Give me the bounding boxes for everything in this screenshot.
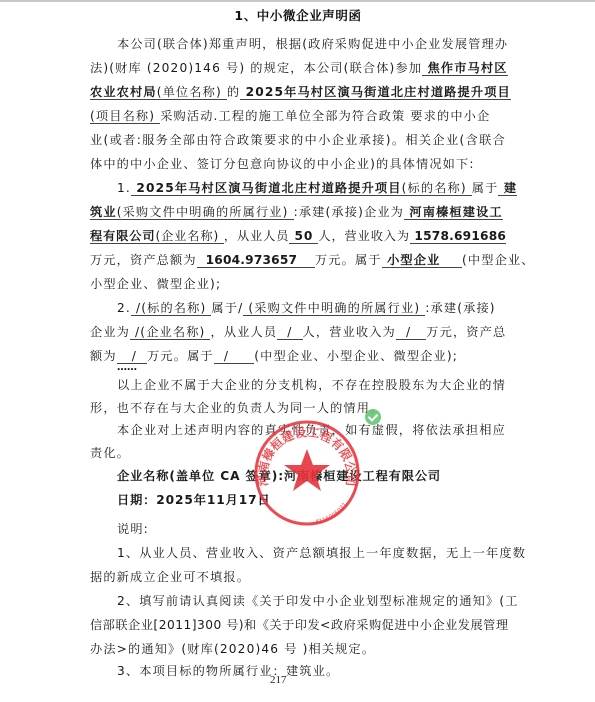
item2-company: /(企业名称) xyxy=(130,325,210,340)
item1-assets: 1604.973657 xyxy=(197,253,315,268)
company-label: 企业名称(盖单位 CA 签章): xyxy=(117,469,284,483)
page-top-border xyxy=(0,0,595,2)
purchaser-name-cont: 农业农村局 xyxy=(90,85,157,100)
item2-industry: (采购文件中明确的所属行业) xyxy=(243,301,425,316)
item1-line-5: 小型企业、微型企业); xyxy=(90,274,506,294)
item1-company-cont: 程有限公司 xyxy=(90,229,155,244)
item1-line-2: 筑业(采购文件中明确的所属行业) :承建(承接)企业为 河南榛桓建设工 xyxy=(90,202,506,222)
item-text: 额为 xyxy=(90,349,117,363)
signature-date: 日期：2025年11月17日 xyxy=(117,490,506,510)
statement-line-4: 责化。 xyxy=(90,443,506,463)
note-2-line-2: 信部联企业[2011]300 号)和《关于印发<政府采购促进中小企业发展管理 xyxy=(90,615,506,635)
item1-line-3: 程有限公司(企业名称) ，从业人员 50 人，营业收入为 1578.691686 xyxy=(90,226,506,246)
item-text: 人，营业收入为 xyxy=(318,229,410,243)
item-text: ，从业人员 xyxy=(224,229,289,243)
item-text: 万元，资产总 xyxy=(426,325,506,339)
statement-line-3: 本企业对上述声明内容的真实性负责，如有虚假，将依法承担相应 xyxy=(117,420,506,440)
item-number: 2. xyxy=(117,301,131,315)
item-text: :承建(承接)企业为 xyxy=(294,205,404,219)
item1-company-label: (企业名称) xyxy=(155,229,223,244)
purchaser-name: 焦作市马村区 xyxy=(422,61,507,76)
item1-industry-label: (采购文件中明确的所属行业) xyxy=(117,205,294,220)
item-number: 1. xyxy=(117,181,131,195)
item-text: 属于 xyxy=(472,181,499,195)
item2-staff: / xyxy=(277,325,302,340)
project-label: (项目名称) xyxy=(90,109,160,124)
statement-line-2: 形，也不存在与大企业的负责人为同一人的情用。 xyxy=(90,398,506,418)
item-text: 万元，资产总额为 xyxy=(90,253,197,267)
page-number: 217 xyxy=(270,674,287,686)
page-title: 1、中小微企业声明函 xyxy=(90,6,506,26)
item1-industry: 建 xyxy=(498,181,517,196)
item-text: 人，营业收入为 xyxy=(303,325,396,339)
item1-revenue: 1578.691686 xyxy=(410,229,506,244)
unit-label: (单位名称) xyxy=(157,85,227,100)
signature-company: 企业名称(盖单位 CA 签章):河南榛桓建设工程有限公司 xyxy=(117,466,506,486)
intro-text: 的 xyxy=(227,85,240,99)
check-badge-icon xyxy=(365,409,381,425)
item-text: ，从业人员 xyxy=(210,325,277,339)
intro-line-5: 业(或者:服务全部由符合政策要求的中小企业承接)。相关企业(含联合 xyxy=(90,130,506,150)
note-2-line-3: 办法>的通知》(财库(2020)46 号 )相关规定。 xyxy=(90,639,506,659)
intro-text: 法)(财库 (2020)146 号) 的规定，本公司(联合体)参加 xyxy=(90,61,422,75)
notes-heading: 说明: xyxy=(117,519,506,539)
intro-line-2: 法)(财库 (2020)146 号) 的规定，本公司(联合体)参加 焦作市马村区 xyxy=(90,58,506,78)
intro-line-6: 体中的中小企业、签订分包意向协议的中小企业)的具体情况如下: xyxy=(90,154,506,174)
note-2-line-1: 2、填写前请认真阅读《关于印发中小企业划型标准规定的通知》(工 xyxy=(117,591,506,611)
item2-project: /(标的名称) xyxy=(131,301,211,316)
item1-project-label: (标的名称) xyxy=(402,181,472,196)
item-text: :承建(承接) xyxy=(425,301,495,315)
intro-text: 采购活动.工程的施工单位全部为符合政策 要求的中小企 xyxy=(160,109,490,123)
date-label: 日期： xyxy=(117,493,156,507)
note-1-line-2: 据的新成立企业可不填报。 xyxy=(90,567,506,587)
item2-line-2: 企业为 /(企业名称) ，从业人员 / 人，营业收入为 / 万元，资产总 xyxy=(90,322,506,342)
company-name: 河南榛桓建设工程有限公司 xyxy=(284,469,441,483)
date-value: 2025年11月17日 xyxy=(156,493,270,507)
intro-line-3: 农业农村局(单位名称) 的 2025年马村区演马街道北庄村道路提升项目 xyxy=(90,82,506,102)
project-name: 2025年马村区演马街道北庄村道路提升项目 xyxy=(240,85,511,100)
note-3: 3、本项目标的物所属行业：建筑业。 xyxy=(117,661,506,681)
statement-line-1: 以上企业不属于大企业的分支机构，不存在控股股东为大企业的情 xyxy=(117,375,506,395)
item1-line-4: 万元，资产总额为 1604.973657 万元。属于 小型企业 (中型企业、 xyxy=(90,250,506,270)
item-text: 企业为 xyxy=(90,325,130,339)
item1-company: 河南榛桓建设工 xyxy=(404,205,503,220)
item-text: (中型企业、 xyxy=(462,253,535,267)
item2-revenue: / xyxy=(396,325,426,340)
item1-project: 2025年马村区演马街道北庄村道路提升项目 xyxy=(131,181,402,196)
item1-size: 小型企业 xyxy=(382,253,462,268)
intro-line-1: 本公司(联合体)郑重声明，根据(政府采购促进中小企业发展管理办 xyxy=(117,34,506,54)
note-1-line-1: 1、从业人员、营业收入、资产总额填报上一年度数据，无上一年度数 xyxy=(117,543,506,563)
item1-staff: 50 xyxy=(289,229,318,244)
item1-industry-cont: 筑业 xyxy=(90,205,117,220)
intro-line-4: (项目名称) 采购活动.工程的施工单位全部为符合政策 要求的中小企 xyxy=(90,106,506,126)
item-text: 属于/ xyxy=(211,301,243,315)
item-text: 万元。属于 xyxy=(315,253,382,267)
item1-line-1: 1. 2025年马村区演马街道北庄村道路提升项目(标的名称) 属于 建 xyxy=(117,178,506,198)
item2-line-1: 2. /(标的名称) 属于/ (采购文件中明确的所属行业) :承建(承接) xyxy=(117,298,506,318)
